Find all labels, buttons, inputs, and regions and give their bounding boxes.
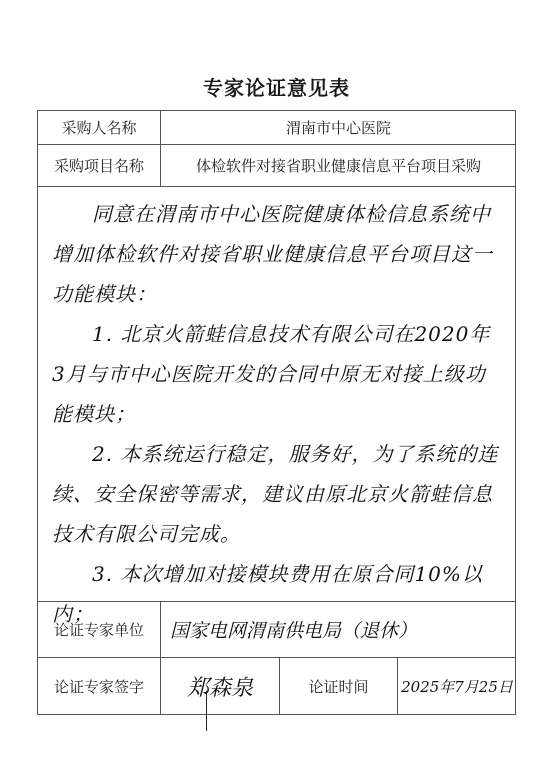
opinion-item-1: 1. 北京火箭蛙信息技术有限公司在2020年3月与市中心医院开发的合同中原无对接…: [52, 314, 501, 434]
document-title: 专家论证意见表: [0, 72, 553, 101]
purchaser-label: 采购人名称: [38, 111, 160, 144]
project-label: 采购项目名称: [38, 145, 160, 186]
expert-opinion-form: 采购人名称 渭南市中心医院 采购项目名称 体检软件对接省职业健康信息平台项目采购…: [37, 110, 516, 715]
project-value: 体检软件对接省职业健康信息平台项目采购: [161, 145, 516, 186]
expert-signature: 郑森泉: [161, 658, 279, 715]
expert-unit-label: 论证专家单位: [38, 602, 160, 657]
expert-unit-value: 国家电网渭南供电局（退休）: [170, 602, 510, 657]
date-label: 论证时间: [280, 658, 397, 715]
purchaser-value: 渭南市中心医院: [161, 111, 516, 144]
signature-stroke: [206, 691, 207, 731]
expert-signature-label: 论证专家签字: [38, 658, 160, 715]
opinion-item-2: 2. 本系统运行稳定，服务好，为了系统的连续、安全保密等需求，建议由原北京火箭蛙…: [52, 434, 501, 554]
date-value: 2025年7月25日: [398, 658, 516, 715]
opinion-intro: 同意在渭南市中心医院健康体检信息系统中增加体检软件对接省职业健康信息平台项目这一…: [52, 194, 501, 314]
opinion-section: 同意在渭南市中心医院健康体检信息系统中增加体检软件对接省职业健康信息平台项目这一…: [38, 186, 515, 601]
